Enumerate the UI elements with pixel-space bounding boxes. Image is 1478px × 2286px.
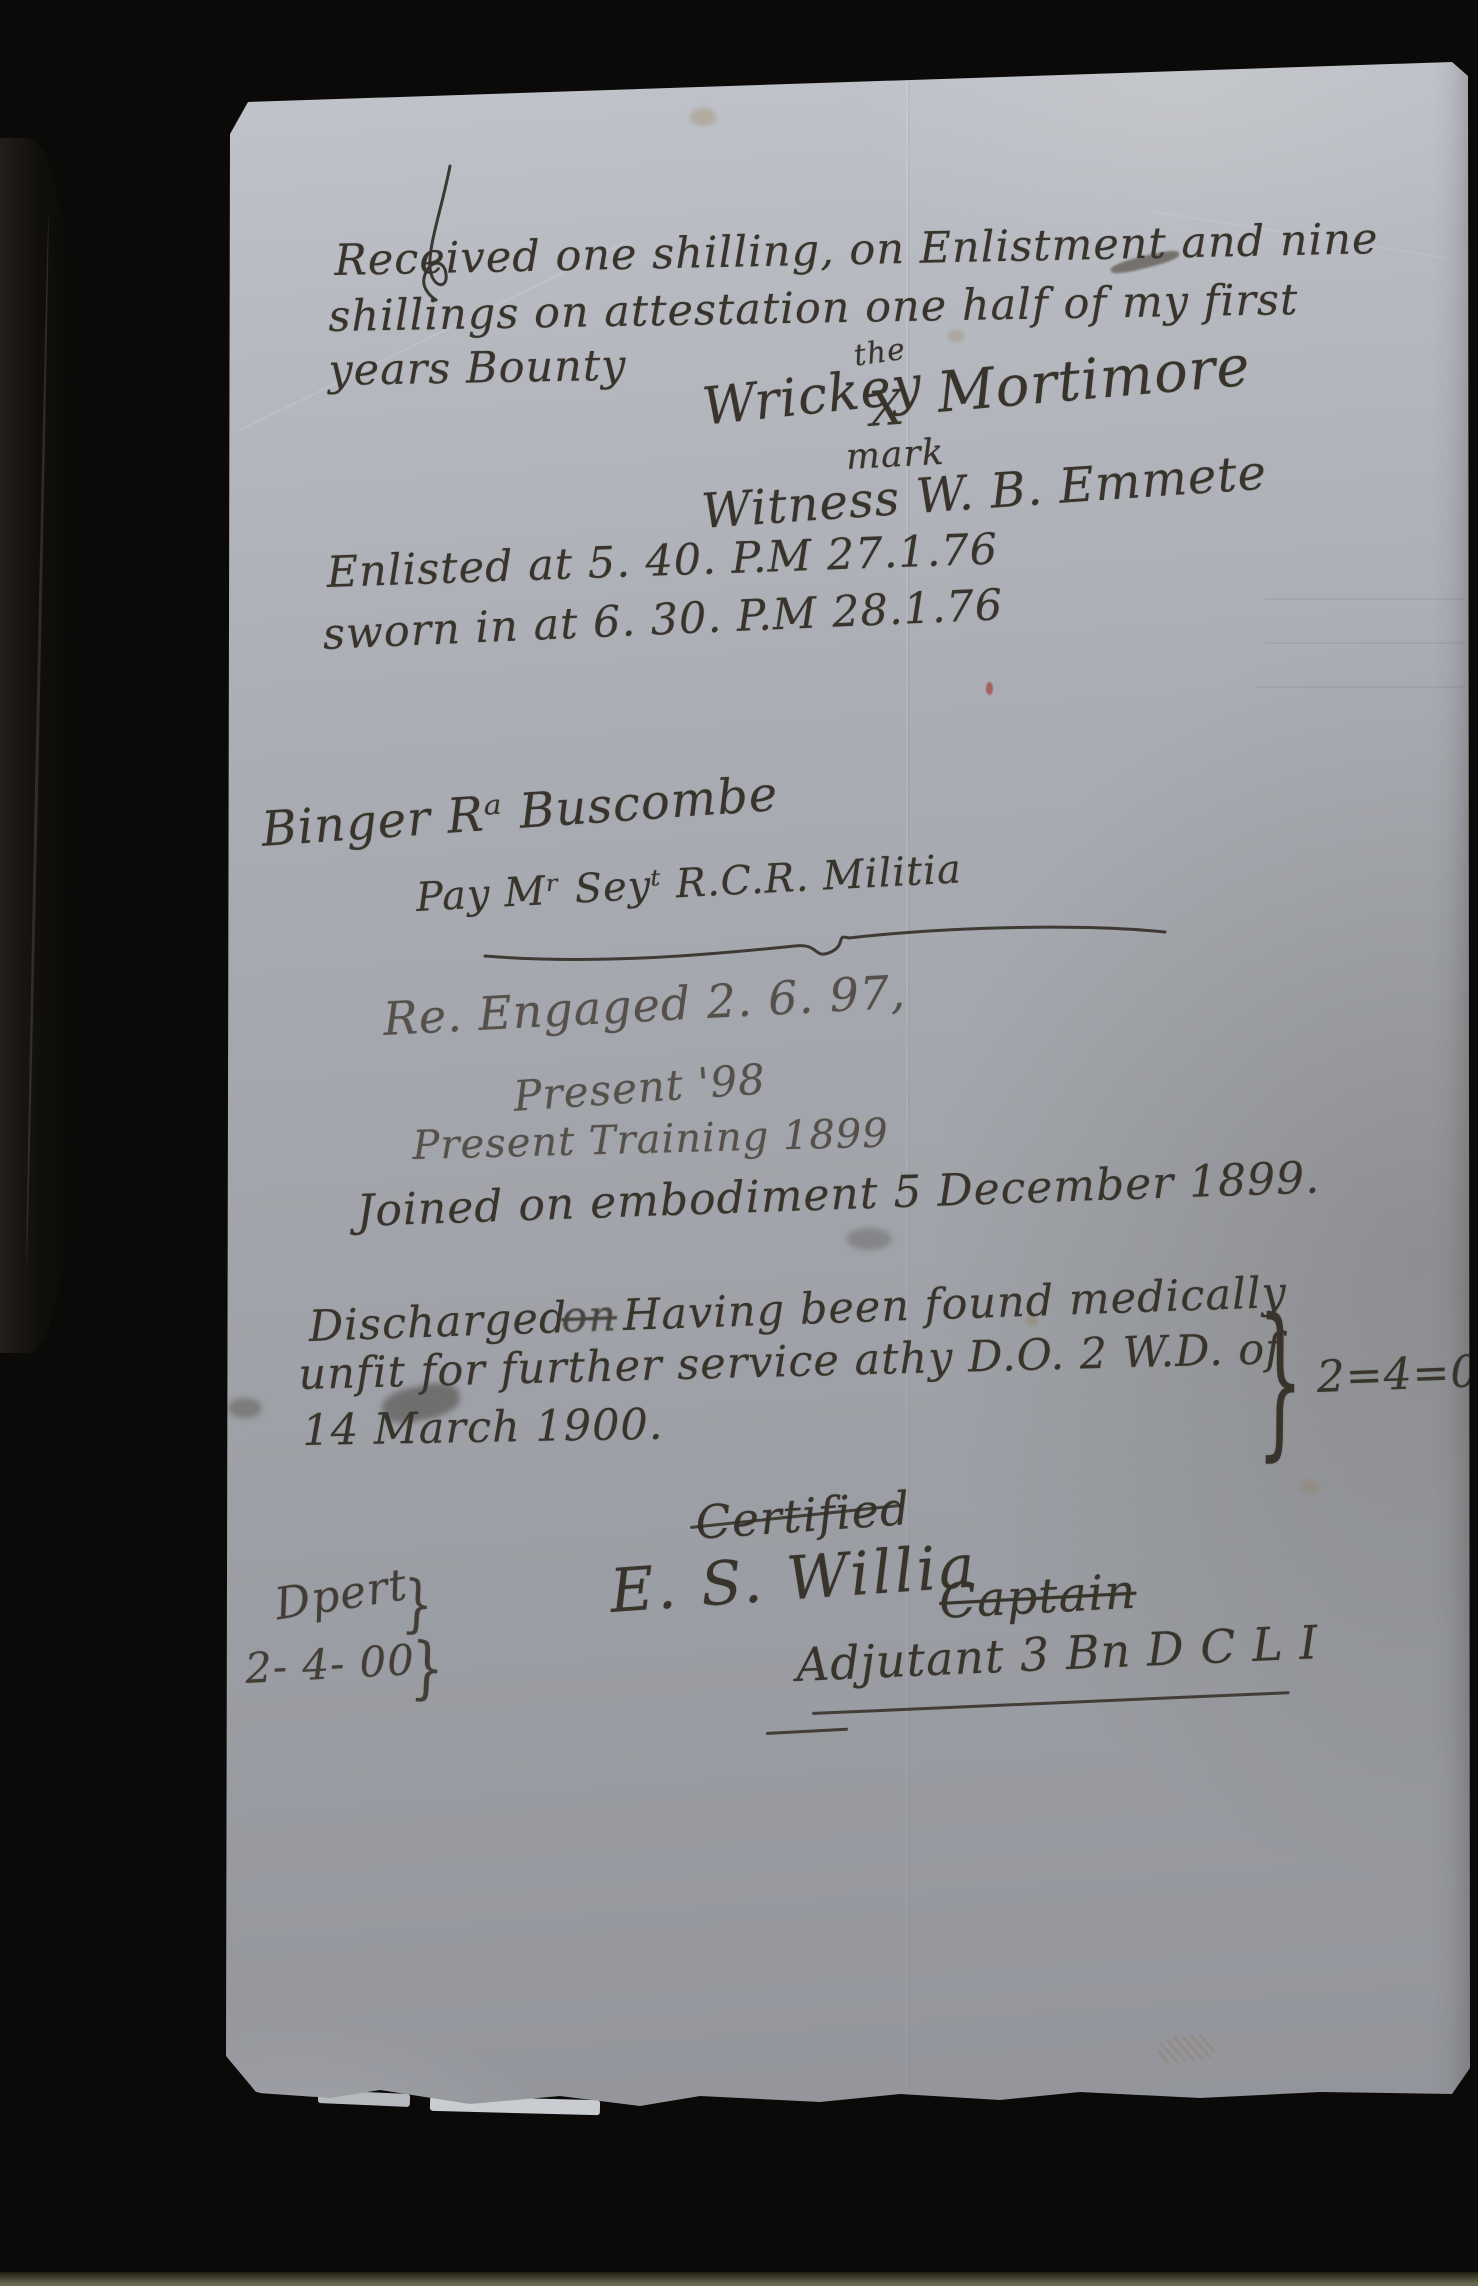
margin-date: 2- 4- 00 bbox=[244, 1639, 416, 1690]
document-sheet: Received one shilling, on Enlistment and… bbox=[0, 0, 1478, 2286]
signature-underline-flourish bbox=[475, 916, 1175, 972]
discharge-struck-word: on bbox=[560, 1291, 617, 1343]
embodiment-line: Joined on embodiment 5 December 1899. bbox=[356, 1156, 1321, 1234]
adjutant-underline-short bbox=[766, 1728, 848, 1735]
margin-brace-1: } bbox=[401, 1572, 436, 1637]
mark-the-label: the bbox=[852, 335, 908, 372]
table-edge-strip bbox=[0, 2272, 1478, 2286]
ruled-ghost-line bbox=[1265, 598, 1465, 600]
sworn-line: sworn in at 6. 30. P.M 28.1.76 bbox=[322, 584, 1004, 657]
present-training-line: Present Training 1899 bbox=[412, 1114, 889, 1166]
foxing-stain bbox=[948, 330, 964, 342]
discharge-brace: } bbox=[1257, 1296, 1305, 1463]
paymaster-signature: Binger Rᵃ Buscombe bbox=[260, 770, 780, 854]
ruled-ghost-line bbox=[1255, 686, 1465, 688]
paymaster-title: Pay Mʳ Seyᵗ R.C.R. Militia bbox=[415, 849, 963, 918]
certifying-signature: E. S. Willia bbox=[608, 1536, 979, 1622]
certifying-rank: Captain bbox=[938, 1568, 1137, 1626]
mark-x-cross: X bbox=[868, 384, 906, 434]
margin-brace-2: } bbox=[409, 1634, 446, 1704]
foxing-stain bbox=[690, 108, 716, 126]
re-engaged-line: Re. Engaged 2. 6. 97, bbox=[382, 969, 907, 1042]
margin-label: Dpert bbox=[272, 1563, 410, 1627]
red-speck bbox=[986, 682, 993, 695]
smudge bbox=[846, 1228, 892, 1250]
recruit-surname: Mortimore bbox=[935, 339, 1253, 422]
ruled-ghost-line bbox=[1265, 642, 1465, 644]
witness-line: Witness W. B. Emmete bbox=[700, 448, 1268, 535]
adjutant-unit-line: Adjutant 3 Bn D C L I bbox=[795, 1619, 1319, 1688]
present-98-line: Present '98 bbox=[512, 1058, 767, 1118]
discharge-amount: 2=4=00 bbox=[1316, 1349, 1478, 1400]
edge-smudge bbox=[228, 1398, 262, 1418]
adjutant-underline-long bbox=[812, 1691, 1290, 1715]
receipt-line-1: Received one shilling, on Enlistment and… bbox=[334, 218, 1379, 283]
receipt-line-3: years Bounty bbox=[328, 345, 627, 393]
receipt-line-2: shillings on attestation one half of my … bbox=[328, 279, 1299, 339]
foxing-stain bbox=[1300, 1480, 1320, 1494]
hatch-mark bbox=[1157, 2033, 1215, 2065]
discharge-line-3: 14 March 1900. bbox=[302, 1404, 664, 1453]
